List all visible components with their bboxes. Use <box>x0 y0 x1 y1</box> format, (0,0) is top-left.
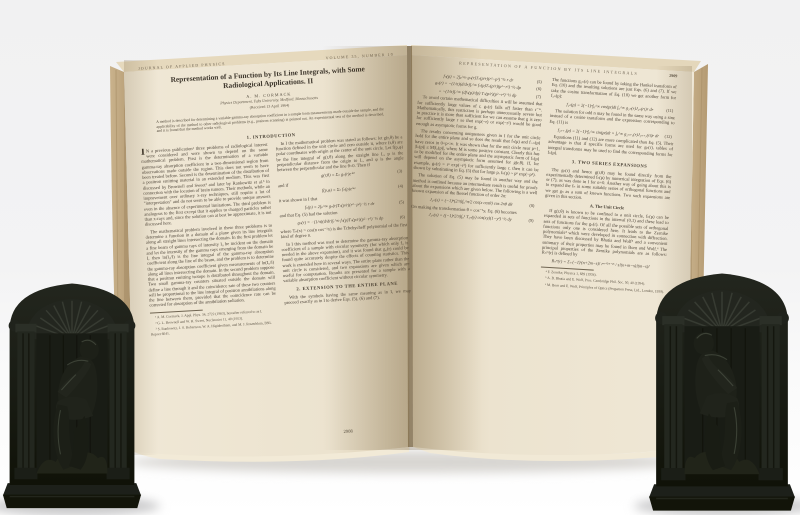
left-page-number: 2908 <box>343 428 352 434</box>
left-page-col2: In I the mathematical problem was stated… <box>275 134 416 387</box>
bookend-body <box>649 274 795 511</box>
equation-number: (9) <box>528 218 533 223</box>
right-page-col1: fₙ(p) = 2∫ₚ^∞ gₙ(r)Tₙ(p/r)(r²−p²)⁻½ r dr… <box>400 69 544 406</box>
equation-number: (8) <box>529 203 534 208</box>
paragraph: If g(r,θ) is known to be confined to a u… <box>542 208 670 263</box>
thinker-bookend-right <box>646 258 798 514</box>
paragraph: To avoid certain mathematical difficulti… <box>416 94 543 133</box>
bookend-column-left <box>758 316 782 480</box>
left-page-columns: IN a previous publication¹ three problem… <box>141 134 416 394</box>
right-page-columns: fₙ(p) = 2∫ₚ^∞ gₙ(r)Tₙ(p/r)(r²−p²)⁻½ r dr… <box>400 69 677 414</box>
equation-body: g(r,θ) = Σₙ gₙ(r)eⁱⁿᶿ <box>321 171 355 178</box>
paragraph: In I the mathematical problem was stated… <box>275 134 404 173</box>
equation-number: (6) <box>536 86 541 91</box>
equation-number: (3) <box>397 168 402 173</box>
left-page-col1: IN a previous publication¹ three problem… <box>141 142 282 395</box>
photo-scene: JOURNAL OF APPLIED PHYSICS VOLUME 35, NU… <box>0 0 800 515</box>
paragraph: In I this method was used to determine t… <box>281 235 410 284</box>
bookend-column-right <box>107 324 130 480</box>
equation-number: (4) <box>398 184 403 189</box>
thinker-bookend-left <box>0 266 144 514</box>
right-page: REPRESENTATION OF A FUNCTION BY ITS LINE… <box>397 58 677 455</box>
equation-number: (5) <box>399 199 404 204</box>
equation-number: (12) <box>665 133 672 138</box>
right-page-number: 2909 <box>669 73 677 78</box>
equation-body: f(p,φ) = Σₙ fₙ(p)eⁱⁿᵠ <box>322 186 356 193</box>
bookend-column-right <box>661 316 685 480</box>
intro-paragraph: IN a previous publication¹ three problem… <box>141 142 272 228</box>
paragraph: The gₙ(r) and hence g(r,θ) may be found … <box>545 166 672 205</box>
bookend-body <box>3 283 141 508</box>
equation-number: (7) <box>536 94 541 99</box>
paragraph: The results concerning uniqueness given … <box>413 128 540 177</box>
intro-text: N a previous publication¹ three problems… <box>141 142 271 227</box>
equation-number: (11) <box>666 107 673 112</box>
bookend-column-left <box>14 324 37 480</box>
paragraph: The mathematical problem involved in the… <box>145 222 276 308</box>
left-page: JOURNAL OF APPLIED PHYSICS VOLUME 35, NU… <box>136 51 419 445</box>
equation-number: (6) <box>400 215 405 220</box>
equation-number: (5) <box>537 79 542 84</box>
